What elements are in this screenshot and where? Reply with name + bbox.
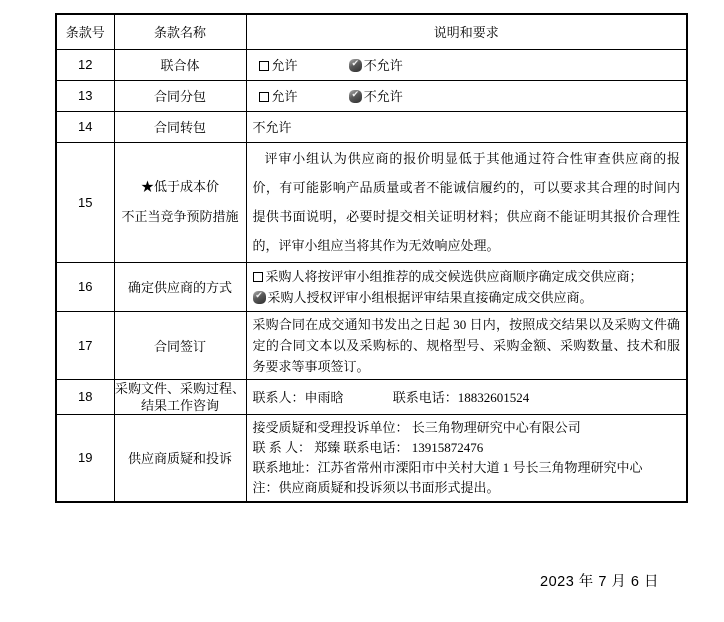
table-row: 14 合同转包 不允许	[56, 111, 687, 142]
clause-name: 联合体	[114, 49, 246, 80]
complaint-address: 联系地址：江苏省常州市溧阳市中关村大道 1 号长三角物理研究中心	[253, 458, 681, 478]
checkbox-checked-icon[interactable]	[349, 90, 362, 103]
option-label: 允许	[272, 58, 298, 73]
clause-name-line: 结果工作咨询	[141, 398, 219, 413]
option-label: 采购人将按评审小组推荐的成交候选供应商顺序确定成交供应商；	[266, 269, 643, 284]
clause-description: 不允许	[246, 111, 687, 142]
header-clause-no: 条款号	[56, 14, 114, 49]
checkbox-checked-icon[interactable]	[253, 291, 266, 304]
clause-name-line: 不正当竞争预防措施	[121, 209, 238, 224]
clause-description: 采购人将按评审小组推荐的成交候选供应商顺序确定成交供应商； 采购人授权评审小组根…	[246, 262, 687, 311]
table-row: 16 确定供应商的方式 采购人将按评审小组推荐的成交候选供应商顺序确定成交供应商…	[56, 262, 687, 311]
clause-description: 允许 不允许	[246, 49, 687, 80]
document-date: 2023 年 7 月 6 日	[540, 570, 659, 591]
checkbox-unchecked-icon[interactable]	[253, 272, 263, 282]
clause-name: 供应商质疑和投诉	[114, 414, 246, 502]
checkbox-unchecked-icon[interactable]	[259, 61, 269, 71]
clause-description: 联系人：申雨晗 联系电话：18832601524	[246, 379, 687, 414]
header-description: 说明和要求	[246, 14, 687, 49]
clause-no: 12	[56, 49, 114, 80]
clause-description: 接受质疑和受理投诉单位： 长三角物理研究中心有限公司 联 系 人： 郑臻 联系电…	[246, 414, 687, 502]
option-allow: 允许	[259, 58, 298, 73]
clause-name-line: ★低于成本价	[141, 179, 219, 194]
clause-no: 19	[56, 414, 114, 502]
complaint-contact: 联 系 人： 郑臻 联系电话： 13915872476	[253, 438, 681, 458]
table-header-row: 条款号 条款名称 说明和要求	[56, 14, 687, 49]
clause-no: 16	[56, 262, 114, 311]
clause-name: 合同签订	[114, 311, 246, 379]
table-row: 19 供应商质疑和投诉 接受质疑和受理投诉单位： 长三角物理研究中心有限公司 联…	[56, 414, 687, 502]
option-allow: 允许	[259, 89, 298, 104]
option-label: 采购人授权评审小组根据评审结果直接确定成交供应商。	[268, 290, 593, 305]
table-row: 13 合同分包 允许 不允许	[56, 80, 687, 111]
clause-no: 17	[56, 311, 114, 379]
clause-no: 13	[56, 80, 114, 111]
terms-table: 条款号 条款名称 说明和要求 12 联合体 允许 不允许 13 合同分包 允许 …	[55, 13, 688, 503]
clause-description: 允许 不允许	[246, 80, 687, 111]
option-ranked-order: 采购人将按评审小组推荐的成交候选供应商顺序确定成交供应商；	[253, 266, 681, 287]
clause-description: 采购合同在成交通知书发出之日起 30 日内，按照成交结果以及采购文件确定的合同文…	[246, 311, 687, 379]
header-clause-name: 条款名称	[114, 14, 246, 49]
table-row: 12 联合体 允许 不允许	[56, 49, 687, 80]
clause-name-line: 采购文件、采购过程、	[115, 381, 245, 396]
contact-person: 联系人：申雨晗	[253, 390, 344, 405]
clause-description: 评审小组认为供应商的报价明显低于其他通过符合性审查供应商的报价，有可能影响产品质…	[246, 142, 687, 262]
contact-phone: 联系电话：18832601524	[393, 390, 530, 405]
complaint-unit: 接受质疑和受理投诉单位： 长三角物理研究中心有限公司	[253, 418, 681, 438]
clause-no: 15	[56, 142, 114, 262]
option-not-allow: 不允许	[349, 89, 403, 104]
clause-name: 采购文件、采购过程、 结果工作咨询	[114, 379, 246, 414]
clause-no: 18	[56, 379, 114, 414]
table-row: 17 合同签订 采购合同在成交通知书发出之日起 30 日内，按照成交结果以及采购…	[56, 311, 687, 379]
complaint-note: 注：供应商质疑和投诉须以书面形式提出。	[253, 478, 681, 498]
clause-no: 14	[56, 111, 114, 142]
clause-name: ★低于成本价 不正当竞争预防措施	[114, 142, 246, 262]
option-label: 允许	[272, 89, 298, 104]
option-direct-award: 采购人授权评审小组根据评审结果直接确定成交供应商。	[253, 287, 681, 308]
checkbox-checked-icon[interactable]	[349, 59, 362, 72]
checkbox-unchecked-icon[interactable]	[259, 92, 269, 102]
document-page: 条款号 条款名称 说明和要求 12 联合体 允许 不允许 13 合同分包 允许 …	[0, 0, 724, 622]
table-row: 18 采购文件、采购过程、 结果工作咨询 联系人：申雨晗 联系电话：188326…	[56, 379, 687, 414]
option-not-allow: 不允许	[349, 58, 403, 73]
clause-name: 确定供应商的方式	[114, 262, 246, 311]
option-label: 不允许	[364, 58, 403, 73]
clause-name: 合同转包	[114, 111, 246, 142]
clause-name: 合同分包	[114, 80, 246, 111]
option-label: 不允许	[364, 89, 403, 104]
table-row: 15 ★低于成本价 不正当竞争预防措施 评审小组认为供应商的报价明显低于其他通过…	[56, 142, 687, 262]
